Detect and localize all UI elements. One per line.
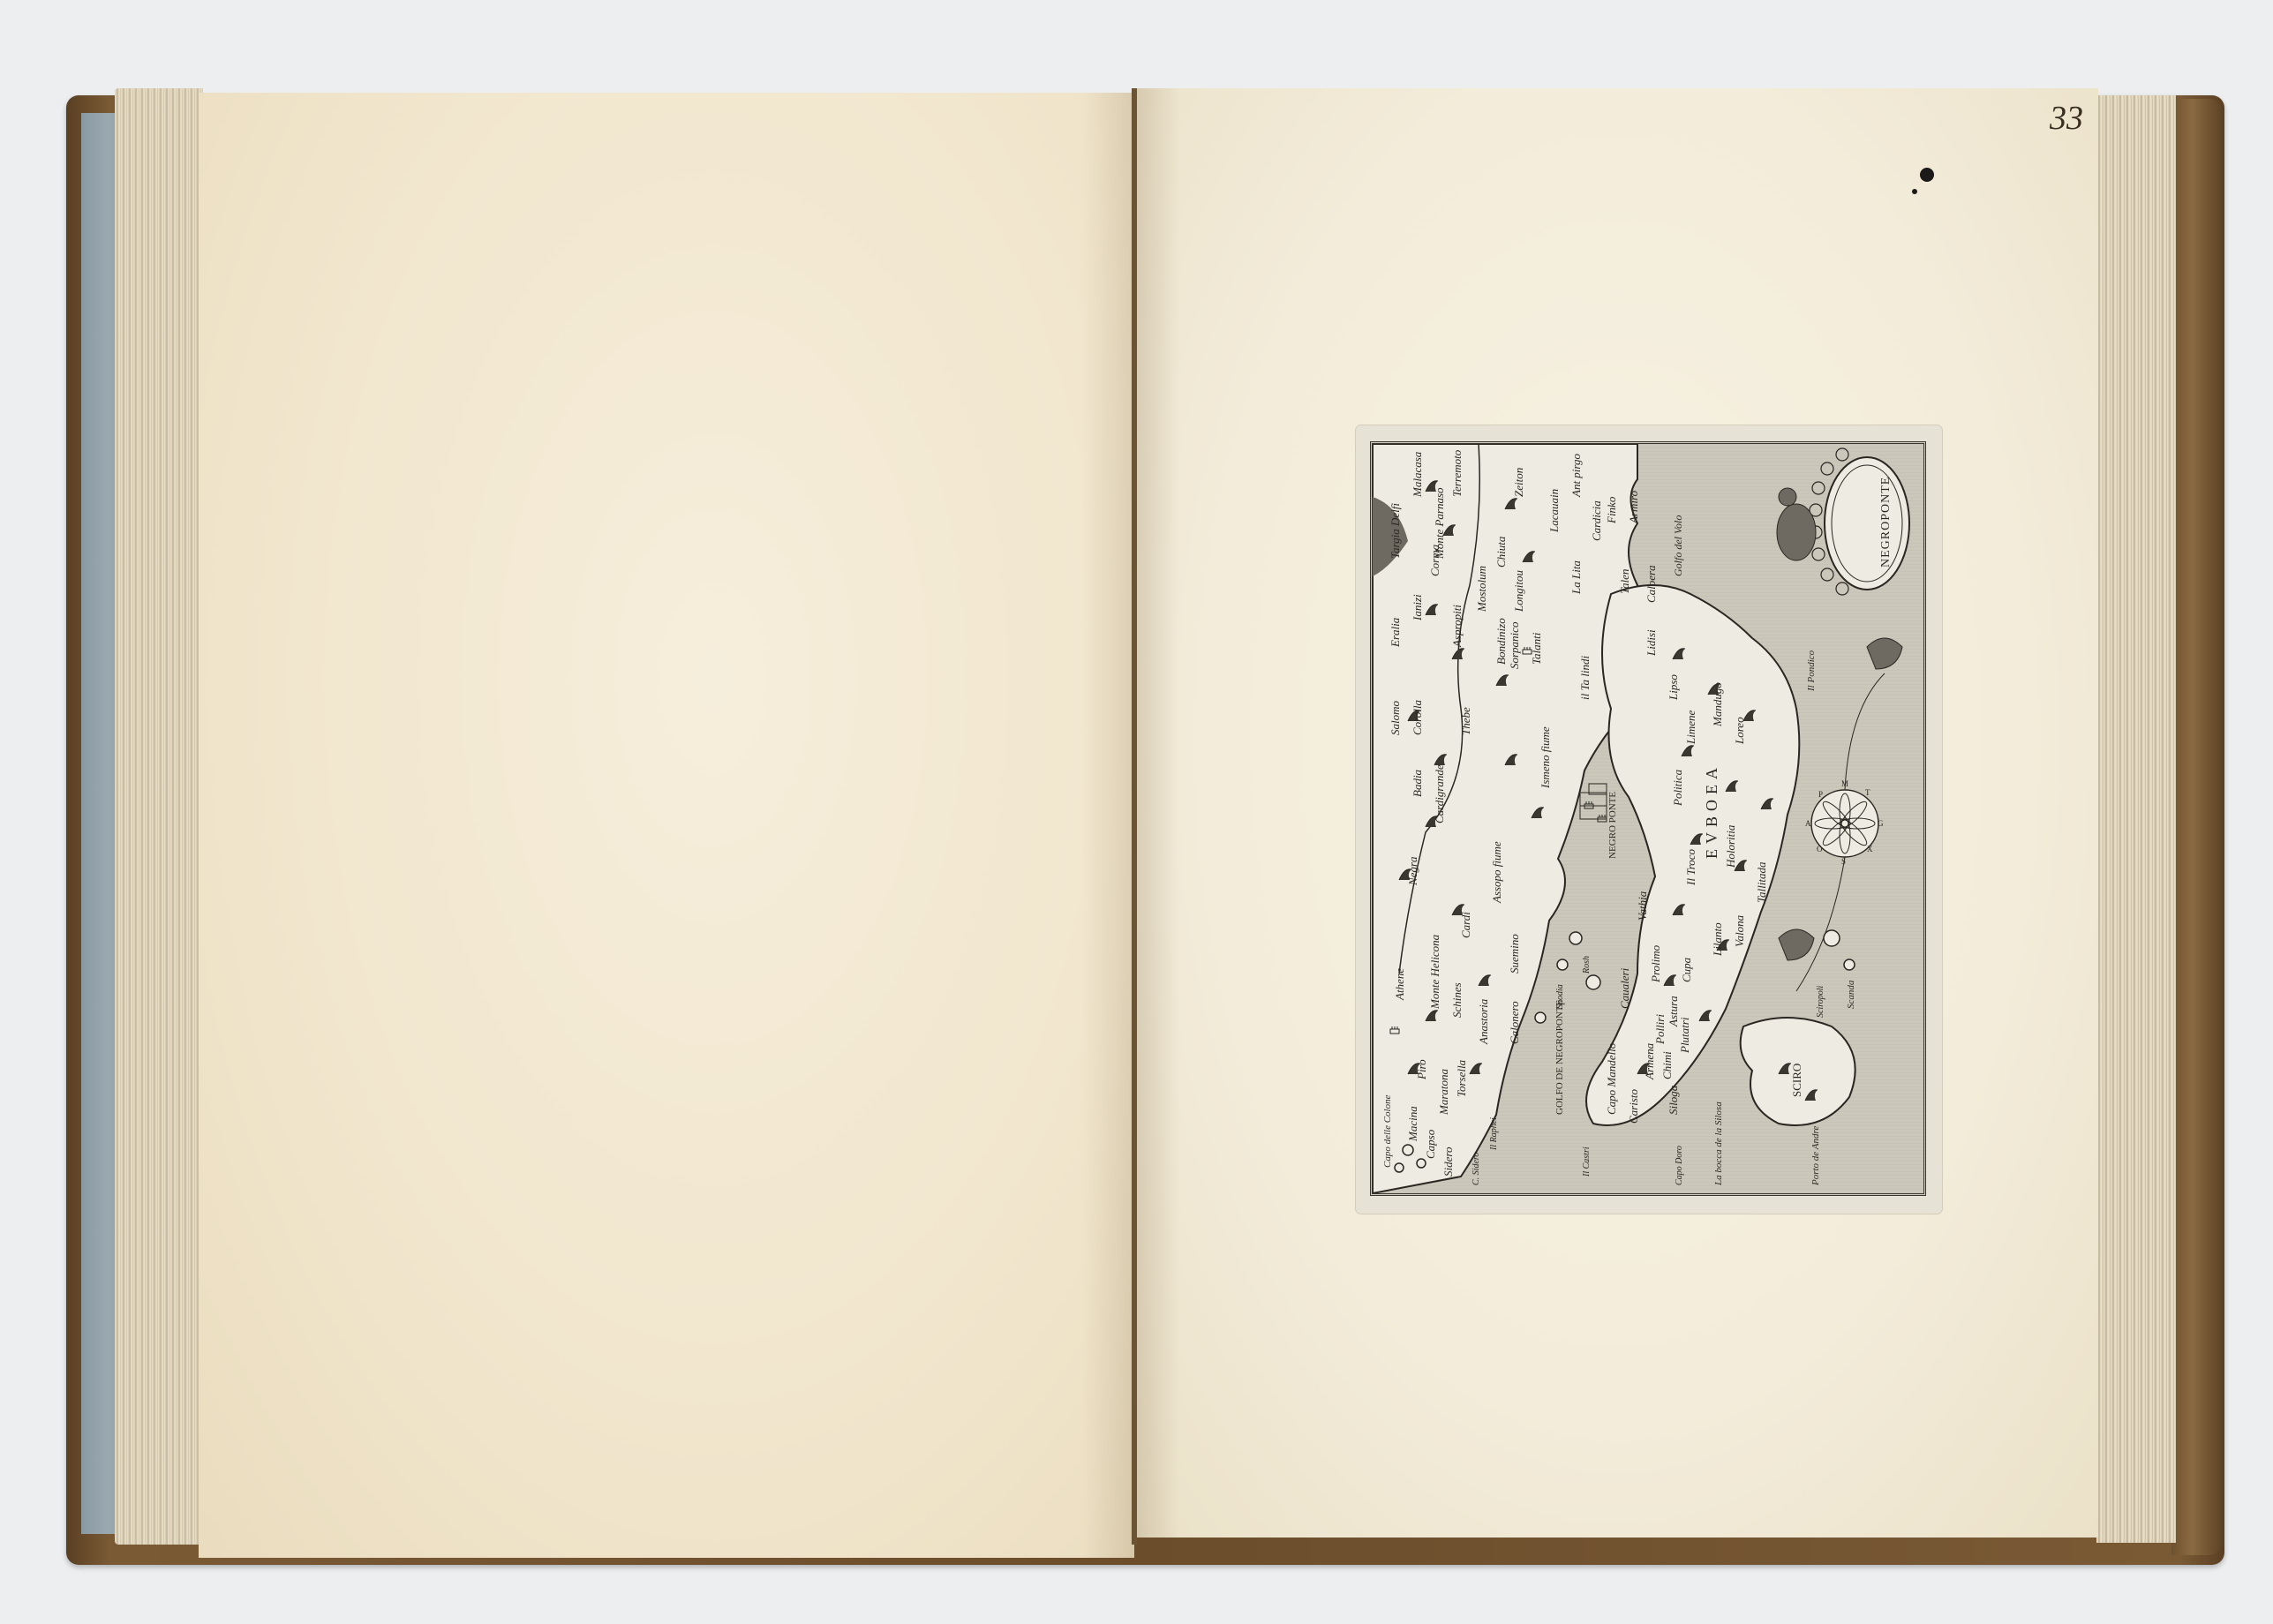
place-label: Ianizi: [1411, 594, 1424, 621]
place-label: Porto de Andre: [1810, 1126, 1821, 1186]
map-title: NEGROPONTE: [1879, 477, 1893, 568]
left-page-blank: [199, 93, 1134, 1558]
place-label: Armena: [1643, 1042, 1656, 1080]
page-number: 33: [2050, 99, 2083, 138]
place-label: Aspropiti: [1450, 605, 1464, 648]
place-label: Piro: [1415, 1059, 1428, 1080]
place-label: Politica: [1671, 769, 1684, 807]
place-label: Finko: [1605, 496, 1618, 524]
place-label: Sidero: [1441, 1147, 1455, 1177]
place-label: C. Sidero: [1471, 1153, 1481, 1185]
place-label: Caristo: [1627, 1088, 1640, 1124]
place-label: Il Pondico: [1806, 650, 1817, 692]
place-label: Longitou: [1512, 570, 1525, 613]
place-label: Sciropoli: [1816, 985, 1825, 1018]
place-label: Badia: [1411, 769, 1424, 797]
place-label: Prolimo: [1649, 944, 1662, 983]
svg-text:X: X: [1867, 845, 1873, 853]
place-label: Calonero: [1508, 1001, 1521, 1044]
label-golfo: GOLFO DE NEGROPONTE: [1554, 1000, 1565, 1115]
place-label: Tallitada: [1755, 861, 1768, 903]
page-edges-right: [2096, 95, 2176, 1543]
place-label: Il Castri: [1582, 1147, 1592, 1177]
place-label: Cardigrande: [1433, 764, 1446, 823]
label-golfo-volo: Golfo del Volo: [1672, 515, 1684, 576]
place-label: Scanda: [1846, 980, 1856, 1009]
place-label: Maratona: [1437, 1069, 1450, 1116]
svg-text:M: M: [1841, 779, 1848, 788]
place-label: Schines: [1450, 982, 1464, 1018]
place-label: Lacauain: [1547, 489, 1561, 533]
place-label: Polliri: [1653, 1014, 1667, 1045]
place-label: Ismeno fiume: [1539, 726, 1552, 789]
place-label: Mandugo: [1711, 682, 1724, 727]
place-label: Capo Doro: [1675, 1146, 1684, 1185]
map-engraving: NEGROPONTE EVBOEA NEGRO PONTE GOLFO DE N…: [1373, 444, 1923, 1193]
book-gutter: [1132, 88, 1137, 1545]
place-label: Caloera: [1645, 565, 1658, 603]
place-label: Anastoria: [1477, 998, 1490, 1045]
place-label: Cupa: [1680, 957, 1693, 982]
place-label: Mostolum: [1475, 566, 1488, 613]
ink-spot: [1920, 168, 1934, 182]
place-label: Caualeri: [1618, 967, 1631, 1009]
place-label: Monte Helicona: [1428, 934, 1441, 1010]
map-negroponte: NEGROPONTE EVBOEA NEGRO PONTE GOLFO DE N…: [1370, 441, 1926, 1196]
label-euboea: EVBOEA: [1703, 763, 1720, 859]
place-label: Ant pirgo: [1569, 454, 1583, 498]
place-label: Il Raphei: [1489, 1117, 1499, 1151]
place-label: Negra: [1406, 856, 1419, 886]
place-label: Spodia: [1555, 984, 1565, 1009]
place-label: Plutatri: [1678, 1017, 1691, 1054]
place-label: Vathia: [1636, 891, 1649, 921]
place-label: Corolla: [1411, 700, 1424, 735]
place-label: Siloga: [1667, 1085, 1680, 1115]
svg-text:P: P: [1818, 790, 1823, 799]
place-label: Chiuta: [1494, 536, 1508, 568]
place-label: il Ta lindi: [1578, 656, 1592, 700]
place-label: Bondinizo: [1494, 618, 1508, 665]
place-label: Talanti: [1530, 632, 1543, 665]
place-label: Cardi: [1459, 912, 1472, 938]
place-label: La Lita: [1569, 560, 1583, 595]
place-label: Capso: [1424, 1129, 1437, 1159]
place-label: Eralia: [1389, 617, 1402, 648]
svg-text:T: T: [1865, 788, 1870, 797]
page-edges-left: [115, 88, 203, 1545]
place-label: Chimi: [1660, 1051, 1674, 1079]
place-label: Capo Mandello: [1605, 1042, 1618, 1115]
svg-text:G: G: [1878, 819, 1884, 828]
place-label: La bocca de la Silosa: [1713, 1101, 1724, 1186]
place-label: Valona: [1733, 914, 1746, 947]
label-sciro: SCIRO: [1790, 1064, 1803, 1097]
book-cover-right: [2171, 99, 2223, 1555]
place-label: Macina: [1406, 1106, 1419, 1142]
svg-text:S: S: [1841, 857, 1846, 866]
place-label: Thebe: [1459, 707, 1472, 735]
svg-text:A: A: [1805, 819, 1811, 828]
place-label: Limene: [1684, 710, 1697, 746]
svg-text:O: O: [1817, 845, 1823, 853]
place-label: Rosh: [1582, 956, 1592, 974]
place-label: Torsella: [1455, 1059, 1468, 1097]
place-label: Lilanto: [1711, 922, 1724, 957]
place-label: Athene: [1393, 968, 1406, 1001]
place-label: Suemino: [1508, 934, 1521, 974]
place-label: Holoritia: [1724, 824, 1737, 868]
place-label: Corma: [1428, 544, 1441, 576]
ink-spot-small: [1912, 189, 1917, 194]
place-label: Astura: [1667, 996, 1680, 1027]
place-label: Targia Delfi: [1389, 503, 1402, 559]
place-label: Salomo: [1389, 701, 1402, 736]
place-label: Capo delle Colone: [1382, 1094, 1393, 1168]
place-label: Lipso: [1667, 674, 1680, 701]
place-label: Zeiton: [1512, 468, 1525, 497]
place-label: Sorpanico: [1508, 621, 1521, 669]
place-label: Il Troco: [1684, 848, 1697, 886]
place-label: Assopo fiume: [1490, 841, 1503, 904]
place-label: Lidisi: [1645, 629, 1658, 657]
place-label: Armiro: [1627, 490, 1640, 524]
place-label: Terremoto: [1450, 449, 1464, 497]
place-label: Talen: [1618, 569, 1631, 594]
place-label: Cardicia: [1590, 500, 1603, 541]
place-label: Malacasa: [1411, 451, 1424, 498]
label-negroponte-town: NEGRO PONTE: [1607, 792, 1618, 859]
place-label: Loreo: [1733, 717, 1746, 745]
